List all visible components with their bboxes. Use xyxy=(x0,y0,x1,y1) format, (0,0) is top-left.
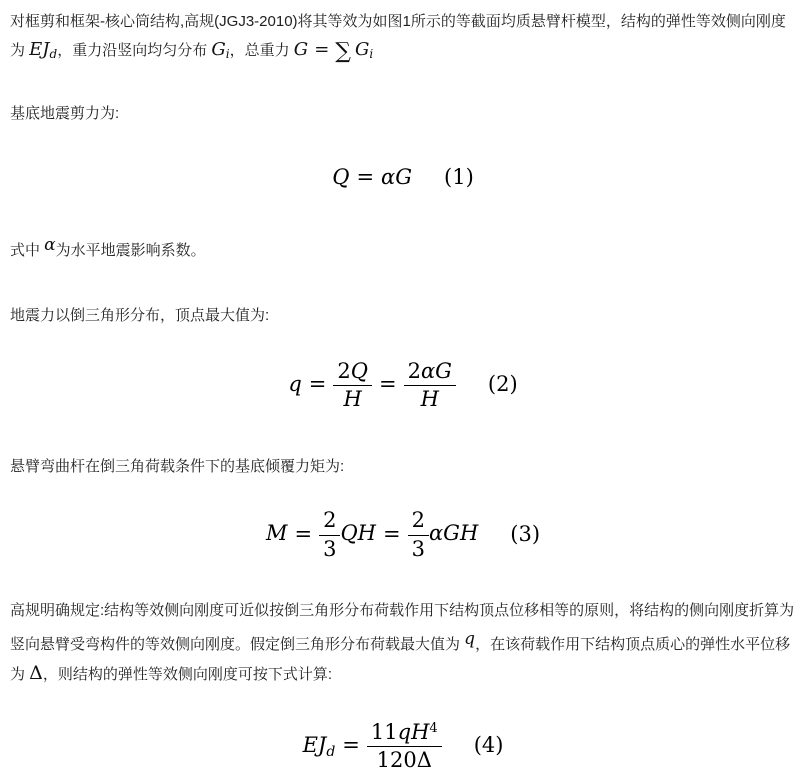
eq2-frac2-numerator: 2αG xyxy=(404,360,456,386)
eq4-number: (4) xyxy=(474,733,504,757)
paragraph-alpha-note: 式中 α为水平地震影响系数。 xyxy=(10,231,796,265)
eq2-frac1-numerator: 2Q xyxy=(333,360,372,386)
summation-icon: ∑ xyxy=(335,39,355,64)
eq2-frac2-alpha: α xyxy=(421,359,435,383)
eq3-alpha: α xyxy=(429,522,443,546)
eq2-frac2-H: H xyxy=(421,387,439,411)
EJd-base: EJ xyxy=(29,39,49,60)
eq1-Q: Q xyxy=(332,165,349,189)
sum-G-subscript: i xyxy=(369,47,373,61)
formula-3: M=23QH=23αGH(3) xyxy=(10,509,796,560)
formula-1: Q=αG(1) xyxy=(10,164,796,191)
eq3-equals-1: = xyxy=(287,522,319,546)
label-triangular-load: 地震力以倒三角形分布，顶点最大值为: xyxy=(10,302,796,330)
eq1-alpha: α xyxy=(381,165,395,189)
eq4-EJ: EJ xyxy=(303,733,327,757)
inline-math-alpha: α xyxy=(44,235,55,255)
eq4-den-coef: 120 xyxy=(377,748,417,772)
eq1-number: (1) xyxy=(444,165,474,189)
eq2-frac2-G: G xyxy=(435,359,452,383)
paragraph-stiffness-rule: 高规明确规定:结构等效侧向刚度可近似按倒三角形分布荷载作用下结构顶点位移相等的原… xyxy=(10,597,796,689)
eq1-equals: = xyxy=(349,165,381,189)
eq2-frac1-coef: 2 xyxy=(337,359,350,383)
eq2-frac2-denominator: H xyxy=(404,386,456,411)
eq2-frac1-denominator: H xyxy=(333,386,372,411)
eq2-fraction-1: 2QH xyxy=(333,360,372,411)
inline-math-EJd: EJd xyxy=(29,39,57,60)
stiffness-text-3: ，则结构的弹性等效侧向刚度可按下式计算: xyxy=(43,666,332,683)
eq3-frac2-denominator: 3 xyxy=(408,536,429,561)
eq2-frac1-Q: Q xyxy=(351,359,368,383)
eq3-M: M xyxy=(266,522,288,546)
eq4-numerator: 11qH4 xyxy=(367,721,442,747)
eq3-number: (3) xyxy=(510,522,540,546)
Gi-base: G xyxy=(211,39,225,60)
inline-math-delta: Δ xyxy=(29,662,43,684)
formula-2: q=2QH=2αGH(2) xyxy=(10,360,796,411)
eq3-frac1-denominator: 3 xyxy=(319,536,340,561)
inline-math-total-gravity: G=∑Gi xyxy=(294,39,373,60)
total-gravity-G: G xyxy=(294,39,308,60)
eq4-num-exponent: 4 xyxy=(429,721,437,736)
eq1-G: G xyxy=(395,165,412,189)
label-overturning-moment: 悬臂弯曲杆在倒三角荷载条件下的基底倾覆力矩为: xyxy=(10,453,796,481)
eq2-number: (2) xyxy=(488,372,518,396)
inline-math-Gi: Gi xyxy=(211,39,229,60)
eq4-EJ-subscript: d xyxy=(326,744,335,760)
eq3-frac1-numerator: 2 xyxy=(319,509,340,535)
eq2-frac2-coef: 2 xyxy=(408,359,421,383)
sum-G-base: G xyxy=(355,39,369,60)
eq4-num-q: q xyxy=(398,720,411,744)
alpha-note-text-1: 式中 xyxy=(10,242,44,259)
eq3-GH: GH xyxy=(443,522,478,546)
eq4-den-delta: Δ xyxy=(417,748,432,772)
intro-text-3: ，总重力 xyxy=(230,42,294,59)
eq3-fraction-2: 23 xyxy=(408,509,429,560)
eq4-denominator: 120Δ xyxy=(367,747,442,772)
eq2-frac1-H: H xyxy=(344,387,362,411)
eq2-equals-1: = xyxy=(302,372,334,396)
eq2-fraction-2: 2αGH xyxy=(404,360,456,411)
eq4-num-H: H xyxy=(411,720,429,744)
equals-sign: = xyxy=(308,39,335,60)
label-base-shear: 基底地震剪力为: xyxy=(10,100,796,128)
eq4-num-coef: 11 xyxy=(371,720,398,744)
alpha-note-text-2: 为水平地震影响系数。 xyxy=(56,242,206,259)
eq2-equals-2: = xyxy=(372,372,404,396)
eq3-QH: QH xyxy=(340,522,376,546)
eq3-equals-2: = xyxy=(376,522,408,546)
eq2-q: q xyxy=(288,372,301,396)
intro-text-2: ，重力沿竖向均匀分布 xyxy=(57,42,211,59)
eq3-frac2-numerator: 2 xyxy=(408,509,429,535)
eq4-fraction: 11qH4120Δ xyxy=(367,721,442,772)
document-body: 对框剪和框架-核心筒结构,高规(JGJ3-2010)将其等效为如图1所示的等截面… xyxy=(10,8,796,772)
paragraph-intro: 对框剪和框架-核心筒结构,高规(JGJ3-2010)将其等效为如图1所示的等截面… xyxy=(10,8,796,68)
inline-math-q: q xyxy=(464,629,475,649)
formula-4: EJd=11qH4120Δ(4) xyxy=(10,721,796,772)
eq3-fraction-1: 23 xyxy=(319,509,340,560)
eq4-equals: = xyxy=(335,733,367,757)
